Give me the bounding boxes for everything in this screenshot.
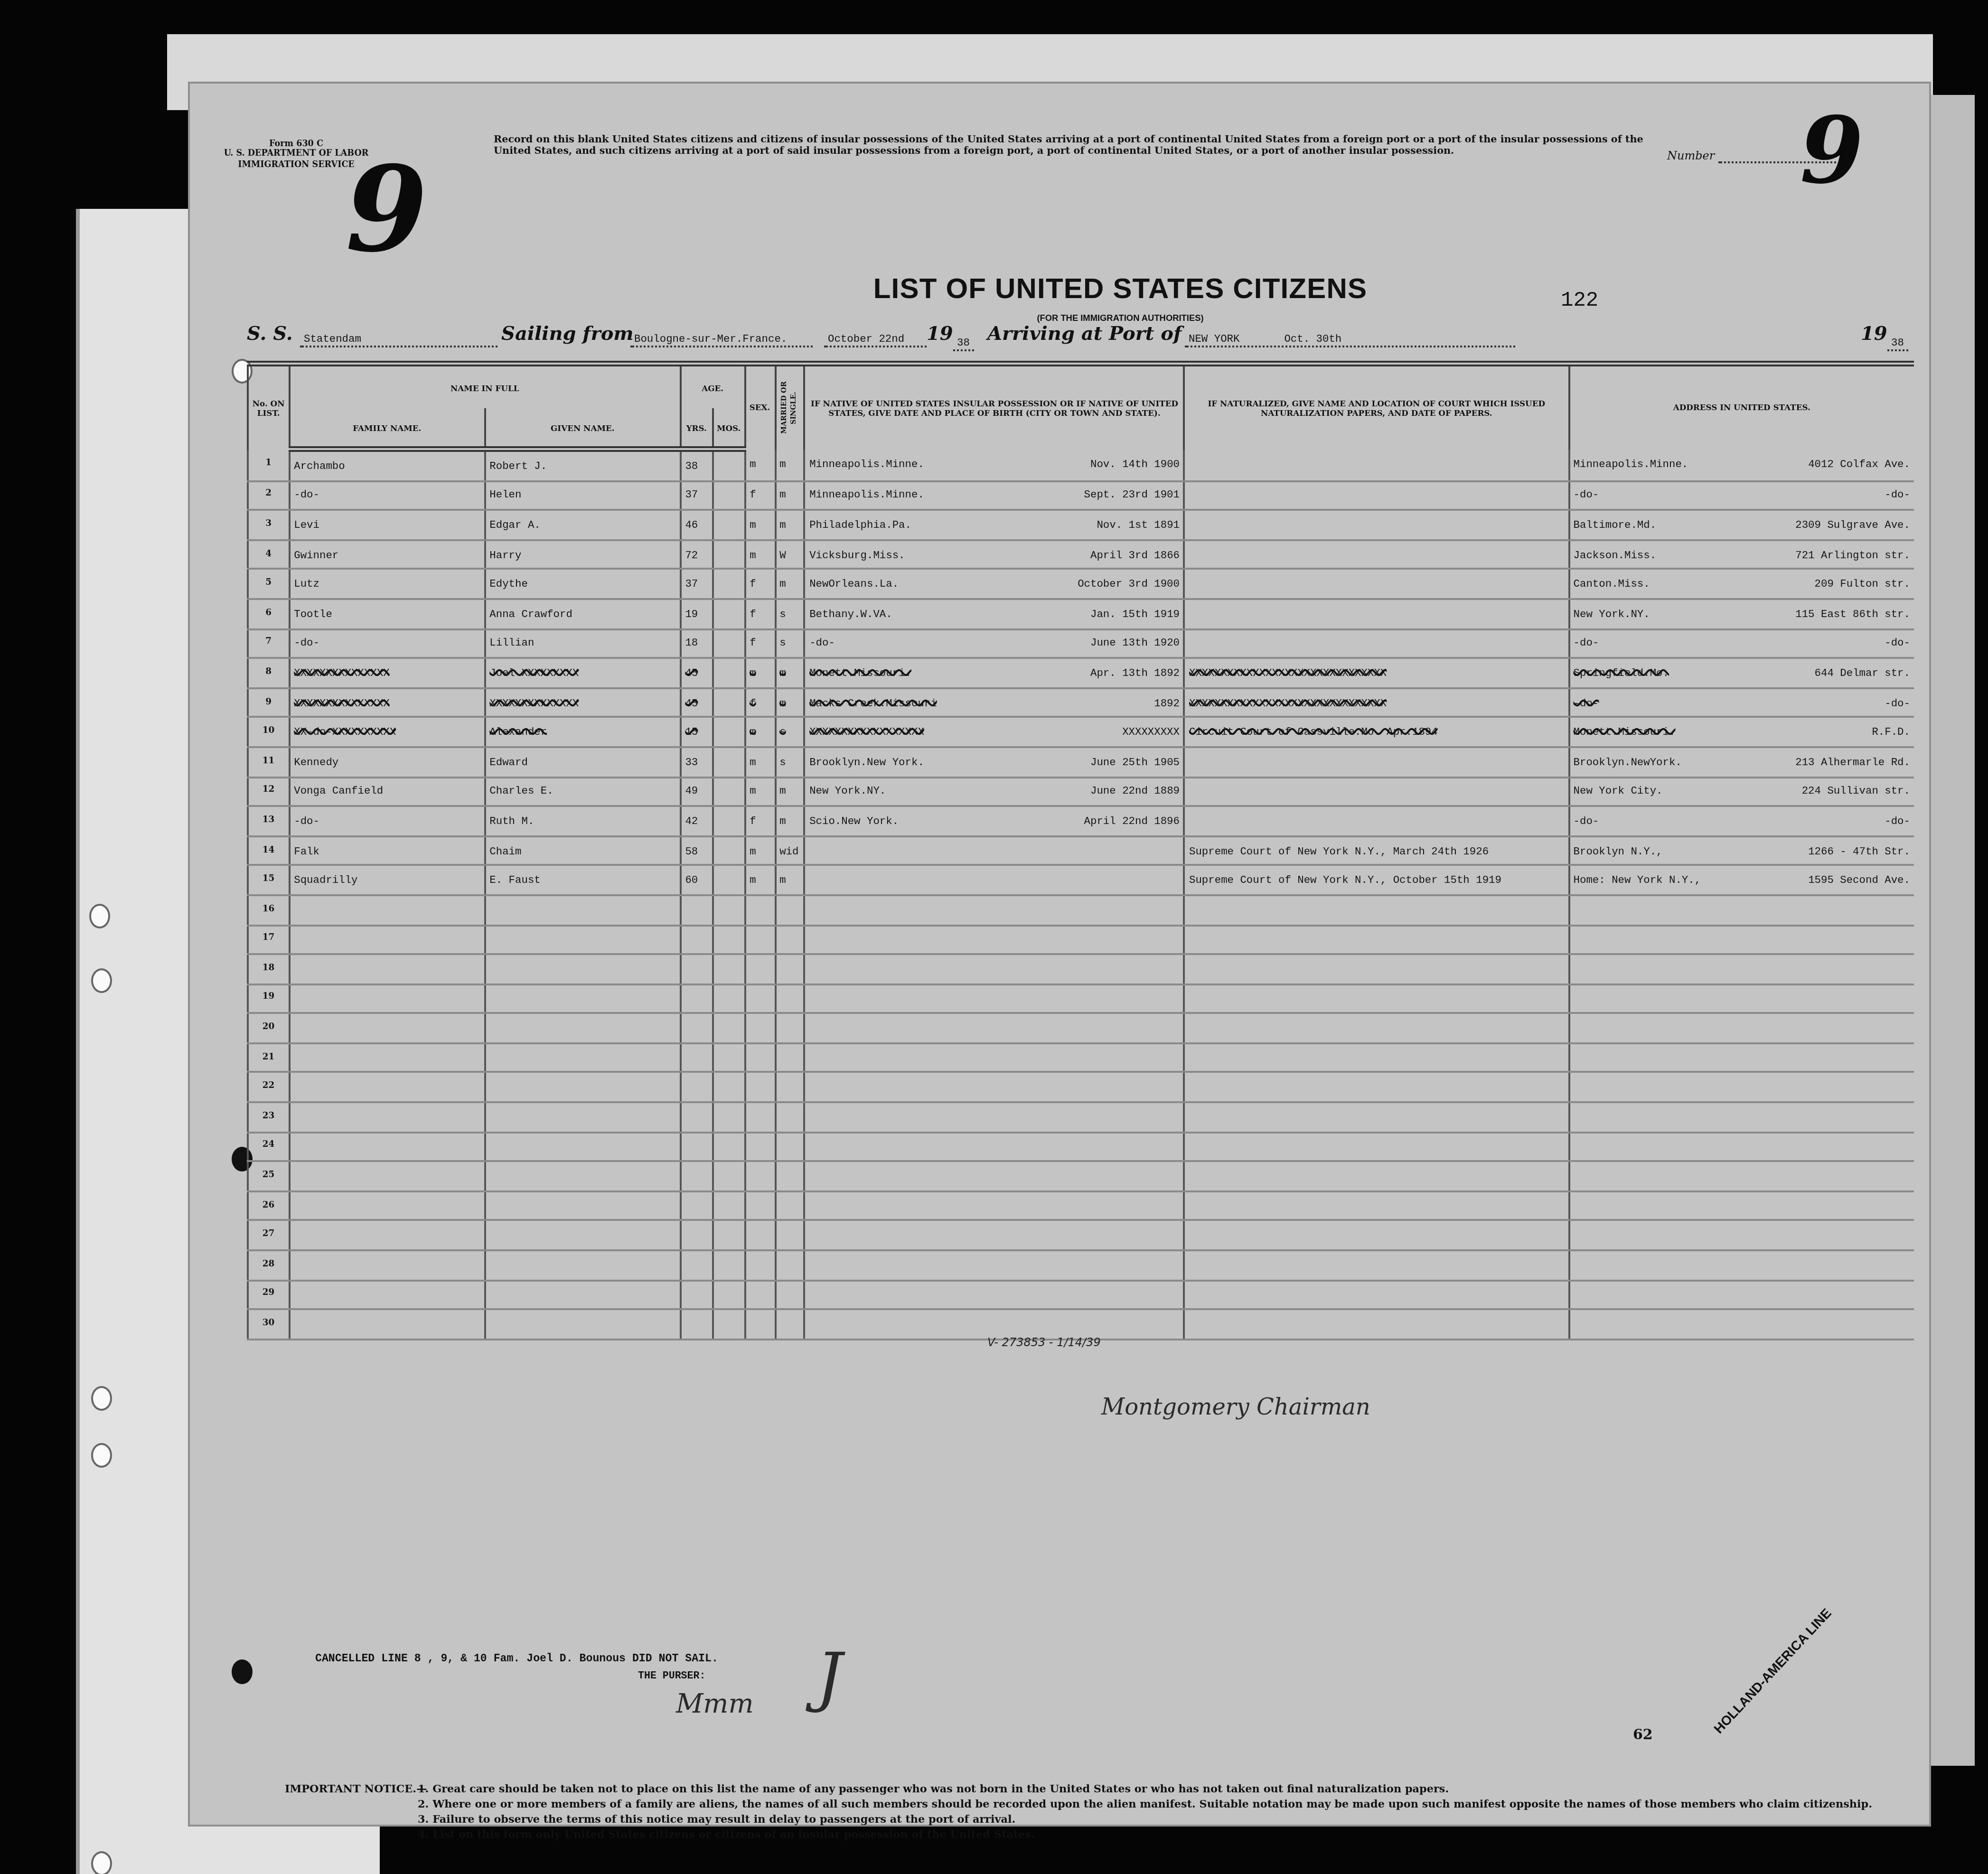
marital-status bbox=[775, 1043, 805, 1073]
punch-hole bbox=[91, 968, 112, 993]
row-number: 6 bbox=[248, 599, 289, 628]
naturalization-info: XXXXXXXXXXXXXXXXXXXXXXXXXXXXXXX bbox=[1184, 688, 1569, 717]
row-number: 3 bbox=[248, 510, 289, 540]
family-name: Tootle bbox=[289, 599, 485, 628]
table-row: 11KennedyEdward33msBrooklyn.New York.Jun… bbox=[248, 747, 1914, 777]
naturalization-info: XXXXXXXXXXXXXXXXXXXXXXXXXXXXXXX bbox=[1184, 658, 1569, 688]
naturalization-info bbox=[1184, 599, 1569, 628]
age-months bbox=[713, 1132, 745, 1162]
family-name: Gwinner bbox=[289, 540, 485, 569]
birth-info bbox=[805, 1310, 1184, 1339]
given-name: Harry bbox=[485, 540, 680, 569]
row-number: 25 bbox=[248, 1162, 289, 1191]
family-name bbox=[289, 1073, 485, 1102]
family-name: XXXXXXXXXXXXXXX bbox=[289, 688, 485, 717]
purser-label: THE PURSER: bbox=[638, 1671, 705, 1682]
arrival-year-prefix: 19 bbox=[1861, 325, 1887, 346]
sex bbox=[745, 1310, 775, 1339]
birth-date: 1892 bbox=[1154, 696, 1180, 709]
age-years bbox=[680, 1073, 713, 1102]
address bbox=[1569, 1043, 1914, 1073]
age-years bbox=[680, 1132, 713, 1162]
birth-place: Monett.Missouri. bbox=[809, 666, 911, 680]
age-years: 37 bbox=[680, 570, 713, 599]
age-months bbox=[713, 1221, 745, 1250]
birth-date: XXXXXXXXX bbox=[1122, 726, 1180, 739]
age-years: 38 bbox=[680, 449, 713, 480]
age-months bbox=[713, 1043, 745, 1073]
address-city: -do- bbox=[1574, 489, 1599, 502]
ship-name: Statendam bbox=[300, 332, 497, 347]
age-months bbox=[713, 1250, 745, 1280]
sex bbox=[745, 1280, 775, 1310]
birth-date: April 22nd 1896 bbox=[1084, 815, 1180, 828]
sex bbox=[745, 1102, 775, 1132]
given-name bbox=[485, 1221, 680, 1250]
age-years bbox=[680, 1221, 713, 1250]
marital-status: s bbox=[775, 599, 805, 628]
family-name: Archambo bbox=[289, 449, 485, 480]
sex bbox=[745, 895, 775, 925]
ss-label: S. S. bbox=[247, 325, 293, 346]
age-months bbox=[713, 895, 745, 925]
naturalization-info bbox=[1184, 1221, 1569, 1250]
birth-info bbox=[805, 1250, 1184, 1280]
table-row: 30 bbox=[248, 1310, 1914, 1339]
given-name bbox=[485, 925, 680, 954]
age-years: 33 bbox=[680, 747, 713, 777]
sex bbox=[745, 925, 775, 954]
age-years bbox=[680, 984, 713, 1013]
birth-place: Philadelphia.Pa. bbox=[809, 518, 911, 532]
row-number: 16 bbox=[248, 895, 289, 925]
marital-status bbox=[775, 1250, 805, 1280]
address: Minneapolis.Minne.4012 Colfax Ave. bbox=[1569, 449, 1914, 480]
row-number: 9 bbox=[248, 688, 289, 717]
birth-info bbox=[805, 865, 1184, 895]
sex bbox=[745, 1073, 775, 1102]
table-row: 4GwinnerHarry72mWVicksburg.Miss.April 3r… bbox=[248, 540, 1914, 569]
col-header-family-name: FAMILY NAME. bbox=[289, 408, 485, 449]
naturalization-info bbox=[1184, 510, 1569, 540]
given-name bbox=[485, 954, 680, 984]
age-years: 46 bbox=[680, 510, 713, 540]
birth-info bbox=[805, 1043, 1184, 1073]
marital-status bbox=[775, 954, 805, 984]
row-number: 28 bbox=[248, 1250, 289, 1280]
given-name bbox=[485, 984, 680, 1013]
birth-info bbox=[805, 1132, 1184, 1162]
age-years: 60 bbox=[680, 865, 713, 895]
given-name bbox=[485, 1013, 680, 1043]
row-number: 27 bbox=[248, 1221, 289, 1250]
sex: f bbox=[745, 480, 775, 510]
marital-status bbox=[775, 1280, 805, 1310]
arrival-port: NEW YORK bbox=[1189, 332, 1239, 346]
address-city: New York.NY. bbox=[1574, 607, 1650, 620]
age-months bbox=[713, 717, 745, 747]
sex: f bbox=[745, 628, 775, 658]
age-years: 72 bbox=[680, 540, 713, 569]
row-number: 24 bbox=[248, 1132, 289, 1162]
address bbox=[1569, 1102, 1914, 1132]
number-label: Number bbox=[1667, 150, 1715, 163]
marital-status bbox=[775, 1221, 805, 1250]
naturalization-info bbox=[1184, 570, 1569, 599]
row-number: 17 bbox=[248, 925, 289, 954]
age-months bbox=[713, 449, 745, 480]
table-row: 7-do-Lillian18fs-do-June 13th 1920-do--d… bbox=[248, 628, 1914, 658]
given-name bbox=[485, 1073, 680, 1102]
address: -do--do- bbox=[1569, 806, 1914, 836]
row-number: 1 bbox=[248, 449, 289, 480]
age-years bbox=[680, 1250, 713, 1280]
address: New York City.224 Sullivan str. bbox=[1569, 777, 1914, 806]
age-years bbox=[680, 1162, 713, 1191]
naturalization-info bbox=[1184, 777, 1569, 806]
col-header-age: AGE. bbox=[680, 364, 745, 408]
col-header-birth: IF NATIVE OF UNITED STATES INSULAR POSSE… bbox=[805, 364, 1184, 449]
address: -do--do- bbox=[1569, 480, 1914, 510]
given-name: Lillian bbox=[485, 628, 680, 658]
address bbox=[1569, 984, 1914, 1013]
table-row: 8XXXXXXXXXXXXXXXJoel XXXXXXXXX45mmMonett… bbox=[248, 658, 1914, 688]
address-city: -do- bbox=[1574, 815, 1599, 828]
address: Canton.Miss.209 Fulton str. bbox=[1569, 570, 1914, 599]
sex: m bbox=[745, 777, 775, 806]
table-row: 24 bbox=[248, 1132, 1914, 1162]
birth-info: Scio.New York.April 22nd 1896 bbox=[805, 806, 1184, 836]
marital-status: m bbox=[775, 570, 805, 599]
family-name bbox=[289, 1280, 485, 1310]
marital-status bbox=[775, 1162, 805, 1191]
address-city: Minneapolis.Minne. bbox=[1574, 458, 1688, 471]
purser-signature: Mmm bbox=[676, 1690, 754, 1720]
age-months bbox=[713, 540, 745, 569]
marital-status bbox=[775, 925, 805, 954]
address bbox=[1569, 1280, 1914, 1310]
naturalization-info: Supreme Court of New York N.Y., October … bbox=[1184, 865, 1569, 895]
marital-status: m bbox=[775, 449, 805, 480]
birth-info: -do-June 13th 1920 bbox=[805, 628, 1184, 658]
sex: f bbox=[745, 688, 775, 717]
age-years: 49 bbox=[680, 777, 713, 806]
row-number: 26 bbox=[248, 1191, 289, 1220]
row-number: 19 bbox=[248, 984, 289, 1013]
address: -do--do- bbox=[1569, 688, 1914, 717]
address-street: 721 Arlington str. bbox=[1795, 548, 1910, 561]
handwritten-number: 9 bbox=[1800, 99, 1864, 205]
birth-place: NewOrleans.La. bbox=[809, 578, 899, 591]
address bbox=[1569, 1073, 1914, 1102]
row-number: 12 bbox=[248, 777, 289, 806]
birth-date: June 13th 1920 bbox=[1090, 637, 1180, 650]
col-header-yrs: YRS. bbox=[680, 408, 713, 449]
punch-hole bbox=[91, 1443, 112, 1468]
birth-place: -do- bbox=[809, 637, 835, 650]
marital-status: m bbox=[775, 865, 805, 895]
official-signature: Montgomery Chairman bbox=[1101, 1394, 1370, 1420]
age-months bbox=[713, 599, 745, 628]
arrival-year: 38 bbox=[1887, 336, 1908, 351]
birth-info: Brooklyn.New York.June 25th 1905 bbox=[805, 747, 1184, 777]
handwritten-reference-number: V- 273853 - 1/14/39 bbox=[987, 1337, 1101, 1350]
address bbox=[1569, 1310, 1914, 1339]
address bbox=[1569, 1013, 1914, 1043]
given-name bbox=[485, 1102, 680, 1132]
table-row: 17 bbox=[248, 925, 1914, 954]
age-months bbox=[713, 1102, 745, 1132]
age-years bbox=[680, 1102, 713, 1132]
age-months bbox=[713, 1162, 745, 1191]
page-title: LIST OF UNITED STATES CITIZENS bbox=[760, 273, 1481, 306]
naturalization-info bbox=[1184, 984, 1569, 1013]
row-number: 22 bbox=[248, 1073, 289, 1102]
age-years bbox=[680, 1013, 713, 1043]
naturalization-info bbox=[1184, 1162, 1569, 1191]
address-city: Jackson.Miss. bbox=[1574, 548, 1657, 561]
birth-info bbox=[805, 1102, 1184, 1132]
address-street: 2309 Sulgrave Ave. bbox=[1795, 518, 1910, 532]
given-name: Joel XXXXXXXXX bbox=[485, 658, 680, 688]
row-number: 4 bbox=[248, 540, 289, 569]
sex: m bbox=[745, 658, 775, 688]
birth-info: New York.NY.June 22nd 1889 bbox=[805, 777, 1184, 806]
given-name: E. Faust bbox=[485, 865, 680, 895]
sex bbox=[745, 1221, 775, 1250]
table-row: 23 bbox=[248, 1102, 1914, 1132]
marital-status bbox=[775, 1132, 805, 1162]
birth-info: Minneapolis.Minne.Nov. 14th 1900 bbox=[805, 449, 1184, 480]
marital-status bbox=[775, 895, 805, 925]
table-row: 26 bbox=[248, 1191, 1914, 1220]
sex: m bbox=[745, 717, 775, 747]
given-name: Charles E. bbox=[485, 777, 680, 806]
birth-info: Vicksburg.Miss.April 3rd 1866 bbox=[805, 540, 1184, 569]
birth-date: October 3rd 1900 bbox=[1078, 578, 1180, 591]
col-header-no: No. ON LIST. bbox=[248, 364, 289, 449]
table-row: 9XXXXXXXXXXXXXXXXXXXXXXXXXXXXX45fmMacks … bbox=[248, 688, 1914, 717]
arrival-port-field: NEW YORK Oct. 30th bbox=[1185, 332, 1515, 347]
table-row: 22 bbox=[248, 1073, 1914, 1102]
sailing-year: 38 bbox=[953, 336, 974, 351]
naturalization-info bbox=[1184, 954, 1569, 984]
table-row: 29 bbox=[248, 1280, 1914, 1310]
address-city: Monett.Missouri. bbox=[1574, 726, 1676, 739]
age-years: 37 bbox=[680, 480, 713, 510]
row-number: 20 bbox=[248, 1013, 289, 1043]
manifest-rows: 1ArchamboRobert J.38mmMinneapolis.Minne.… bbox=[248, 449, 1914, 1339]
row-number: 10 bbox=[248, 717, 289, 747]
marital-status bbox=[775, 984, 805, 1013]
age-months bbox=[713, 984, 745, 1013]
address-street: R.F.D. bbox=[1872, 726, 1910, 739]
family-name bbox=[289, 1221, 485, 1250]
address bbox=[1569, 1250, 1914, 1280]
row-number: 15 bbox=[248, 865, 289, 895]
row-number: 8 bbox=[248, 658, 289, 688]
sex: f bbox=[745, 570, 775, 599]
marital-status: s bbox=[775, 747, 805, 777]
address-city: -do- bbox=[1574, 637, 1599, 650]
notice-item: 4. List on this form only United States … bbox=[418, 1828, 1880, 1844]
birth-info bbox=[805, 1221, 1184, 1250]
address-city: Springfield.Mo. bbox=[1574, 666, 1669, 680]
address-street: 1266 - 47th Str. bbox=[1808, 844, 1910, 857]
sex bbox=[745, 1043, 775, 1073]
notice-item: 2. Where one or more members of a family… bbox=[418, 1798, 1880, 1813]
marital-status: m bbox=[775, 658, 805, 688]
handwritten-sheet-number: 9 bbox=[346, 141, 428, 279]
given-name bbox=[485, 1250, 680, 1280]
given-name bbox=[485, 895, 680, 925]
manifest-sheet: Form 630 C U. S. DEPARTMENT OF LABOR IMM… bbox=[190, 84, 1929, 1825]
address bbox=[1569, 1162, 1914, 1191]
age-months bbox=[713, 865, 745, 895]
marital-status bbox=[775, 1073, 805, 1102]
age-years bbox=[680, 1043, 713, 1073]
naturalization-info bbox=[1184, 1073, 1569, 1102]
table-row: 3LeviEdgar A.46mmPhiladelphia.Pa.Nov. 1s… bbox=[248, 510, 1914, 540]
address bbox=[1569, 895, 1914, 925]
naturalization-info bbox=[1184, 480, 1569, 510]
punch-hole bbox=[89, 904, 110, 928]
age-years: 19 bbox=[680, 599, 713, 628]
birth-place: Scio.New York. bbox=[809, 815, 899, 828]
address-street: 644 Delmar str. bbox=[1815, 666, 1910, 680]
passenger-count-note: 62 bbox=[1633, 1726, 1653, 1743]
age-months bbox=[713, 954, 745, 984]
family-name: Lutz bbox=[289, 570, 485, 599]
family-name bbox=[289, 1191, 485, 1220]
birth-date: Nov. 1st 1891 bbox=[1097, 518, 1180, 532]
birth-info bbox=[805, 895, 1184, 925]
sailing-from-label: Sailing from bbox=[501, 325, 634, 346]
age-years bbox=[680, 895, 713, 925]
address bbox=[1569, 1221, 1914, 1250]
age-months bbox=[713, 658, 745, 688]
birth-info: Monett.Missouri.Apr. 13th 1892 bbox=[805, 658, 1184, 688]
col-header-address: ADDRESS IN UNITED STATES. bbox=[1569, 364, 1914, 449]
age-months bbox=[713, 628, 745, 658]
address-street: -do- bbox=[1885, 815, 1910, 828]
address-street: 115 East 86th str. bbox=[1795, 607, 1910, 620]
age-years: 45 bbox=[680, 658, 713, 688]
birth-date: Nov. 14th 1900 bbox=[1090, 458, 1180, 471]
address bbox=[1569, 954, 1914, 984]
birth-info bbox=[805, 836, 1184, 865]
table-row: 27 bbox=[248, 1221, 1914, 1250]
address-street: -do- bbox=[1885, 696, 1910, 709]
punch-hole bbox=[232, 1659, 253, 1684]
address bbox=[1569, 1132, 1914, 1162]
given-name: Anna Crawford bbox=[485, 599, 680, 628]
age-months bbox=[713, 1073, 745, 1102]
col-header-sex: SEX. bbox=[745, 364, 775, 449]
birth-place: New York.NY. bbox=[809, 785, 886, 798]
age-months bbox=[713, 777, 745, 806]
birth-date: Jan. 15th 1919 bbox=[1090, 607, 1180, 620]
age-months bbox=[713, 688, 745, 717]
naturalization-info bbox=[1184, 895, 1569, 925]
birth-place: Vicksburg.Miss. bbox=[809, 548, 905, 561]
birth-place: Minneapolis.Minne. bbox=[809, 489, 924, 502]
birth-info bbox=[805, 1073, 1184, 1102]
address-street: 224 Sullivan str. bbox=[1802, 785, 1910, 798]
sex bbox=[745, 1162, 775, 1191]
naturalization-info bbox=[1184, 449, 1569, 480]
address: New York.NY.115 East 86th str. bbox=[1569, 599, 1914, 628]
sex: f bbox=[745, 599, 775, 628]
sex bbox=[745, 1250, 775, 1280]
citizen-manifest-table: No. ON LIST. NAME IN FULL AGE. SEX. MARR… bbox=[247, 361, 1914, 1340]
table-row: 12Vonga CanfieldCharles E.49mmNew York.N… bbox=[248, 777, 1914, 806]
given-name: XXXXXXXXXXXXXX bbox=[485, 688, 680, 717]
given-name: Robert J. bbox=[485, 449, 680, 480]
birth-date: Sept. 23rd 1901 bbox=[1084, 489, 1180, 502]
birth-info: Philadelphia.Pa.Nov. 1st 1891 bbox=[805, 510, 1184, 540]
holland-america-line-stamp: HOLLAND-AMERICA LINE bbox=[1713, 1607, 1835, 1737]
birth-place: Minneapolis.Minne. bbox=[809, 458, 924, 471]
age-months bbox=[713, 570, 745, 599]
given-name bbox=[485, 1043, 680, 1073]
family-name bbox=[289, 1310, 485, 1339]
naturalization-info bbox=[1184, 1102, 1569, 1132]
col-header-mos: MOS. bbox=[713, 408, 745, 449]
naturalization-info: Supreme Court of New York N.Y., March 24… bbox=[1184, 836, 1569, 865]
marital-status: W bbox=[775, 540, 805, 569]
given-name bbox=[485, 1162, 680, 1191]
row-number: 23 bbox=[248, 1102, 289, 1132]
address-street: 209 Fulton str. bbox=[1815, 578, 1910, 591]
family-name: Kennedy bbox=[289, 747, 485, 777]
address-street: 1595 Second Ave. bbox=[1808, 873, 1910, 887]
sex: m bbox=[745, 449, 775, 480]
family-name bbox=[289, 1013, 485, 1043]
given-name: Edythe bbox=[485, 570, 680, 599]
row-number: 30 bbox=[248, 1310, 289, 1339]
given-name bbox=[485, 1310, 680, 1339]
sex: m bbox=[745, 747, 775, 777]
age-months bbox=[713, 1310, 745, 1339]
address bbox=[1569, 925, 1914, 954]
age-months bbox=[713, 1280, 745, 1310]
age-years: 15 bbox=[680, 717, 713, 747]
age-months bbox=[713, 925, 745, 954]
table-row: 13-do-Ruth M.42fmScio.New York.April 22n… bbox=[248, 806, 1914, 836]
birth-date: Apr. 13th 1892 bbox=[1090, 666, 1180, 680]
table-row: 1ArchamboRobert J.38mmMinneapolis.Minne.… bbox=[248, 449, 1914, 480]
sex bbox=[745, 1191, 775, 1220]
address: Brooklyn.NewYork.213 Alhermarle Rd. bbox=[1569, 747, 1914, 777]
sex: f bbox=[745, 806, 775, 836]
birth-info bbox=[805, 1013, 1184, 1043]
address: Springfield.Mo.644 Delmar str. bbox=[1569, 658, 1914, 688]
family-name bbox=[289, 1162, 485, 1191]
birth-info bbox=[805, 925, 1184, 954]
age-years bbox=[680, 1191, 713, 1220]
sailing-port: Boulogne-sur-Mer.France. bbox=[630, 332, 813, 347]
naturalization-info bbox=[1184, 1191, 1569, 1220]
marital-status: m bbox=[775, 480, 805, 510]
marital-status bbox=[775, 1013, 805, 1043]
age-months bbox=[713, 510, 745, 540]
sex bbox=[745, 1013, 775, 1043]
sex bbox=[745, 984, 775, 1013]
given-name: Ruth M. bbox=[485, 806, 680, 836]
sex: m bbox=[745, 510, 775, 540]
col-header-married-single: MARRIED OR SINGLE. bbox=[775, 364, 805, 449]
